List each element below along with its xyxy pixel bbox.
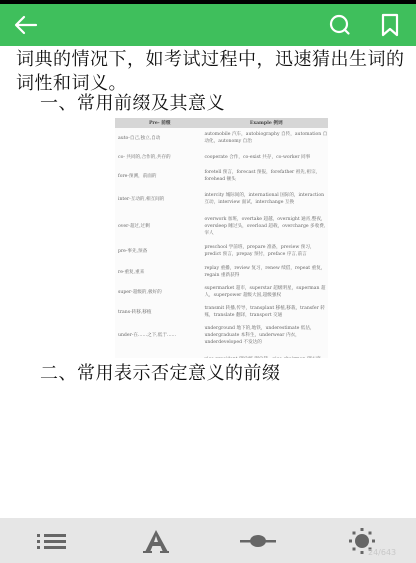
reader-content[interactable]: 词典的情况下，如考试过程中，迅速猜出生词的词性和词义。 一、常用前缀及其意义 P… [0,46,416,518]
section-heading-2: 二、常用表示否定意义的前缀 [40,362,281,386]
font-button[interactable] [136,524,176,558]
table-of-contents-icon [32,524,72,558]
table-header: Pre- 前缀 Example 例词 [115,118,328,128]
bookmark-button[interactable] [376,11,404,39]
table-row: pre-事先,预备 preschool 学前班，prepare 准备，previ… [115,240,328,262]
progress-slider-icon [238,524,278,558]
table-row: under-在……之下,低于…… underground 地下的,地铁，unde… [115,322,328,348]
bookmark-icon [376,11,404,39]
body-paragraph: 词典的情况下，如考试过程中，迅速猜出生词的词性和词义。 [16,48,406,96]
table-row: inter-互动的,相互间的 intercity 城际间的，internatio… [115,186,328,212]
table-row: fore-预测，前面的 foretell 预言，forecast 预报，fore… [115,166,328,186]
table-row: auto-自己,独立,自动 automobile 汽车，autobiograph… [115,128,328,148]
progress-button[interactable] [238,524,278,558]
table-row: super-超级的,极好的 supermarket 超市，superstar 超… [115,282,328,302]
font-size-icon [136,524,176,558]
table-row: over-超过,过剩 overwork 加班，overtake 超越，overn… [115,212,328,240]
section-heading-1: 一、常用前缀及其意义 [40,92,225,116]
arrow-left-icon [12,11,40,39]
reader-toolbar: 24/643 [0,518,416,563]
table-row: re-重复,重来 replay 重播，review 复习，renew 续借，re… [115,262,328,282]
table-header-prefix: Pre- 前缀 [115,120,204,126]
search-icon [326,11,354,39]
search-button[interactable] [326,11,354,39]
page-indicator: 24/643 [368,548,396,557]
table-row: vice-副的,副职 vice-president 副总统,副总裁，vice-c… [115,348,328,358]
table-row: trans-转移,移植 transmit 转播,传导，transplant 移植… [115,302,328,322]
prefix-table-image: Pre- 前缀 Example 例词 auto-自己,独立,自动 automob… [115,118,328,358]
toc-button[interactable] [32,524,72,558]
app-bar [0,4,416,46]
table-row: co- 共同的,合作的,共存的 cooperate 合作，co-exist 共存… [115,148,328,166]
table-header-example: Example 例词 [204,120,328,126]
back-button[interactable] [12,11,40,39]
